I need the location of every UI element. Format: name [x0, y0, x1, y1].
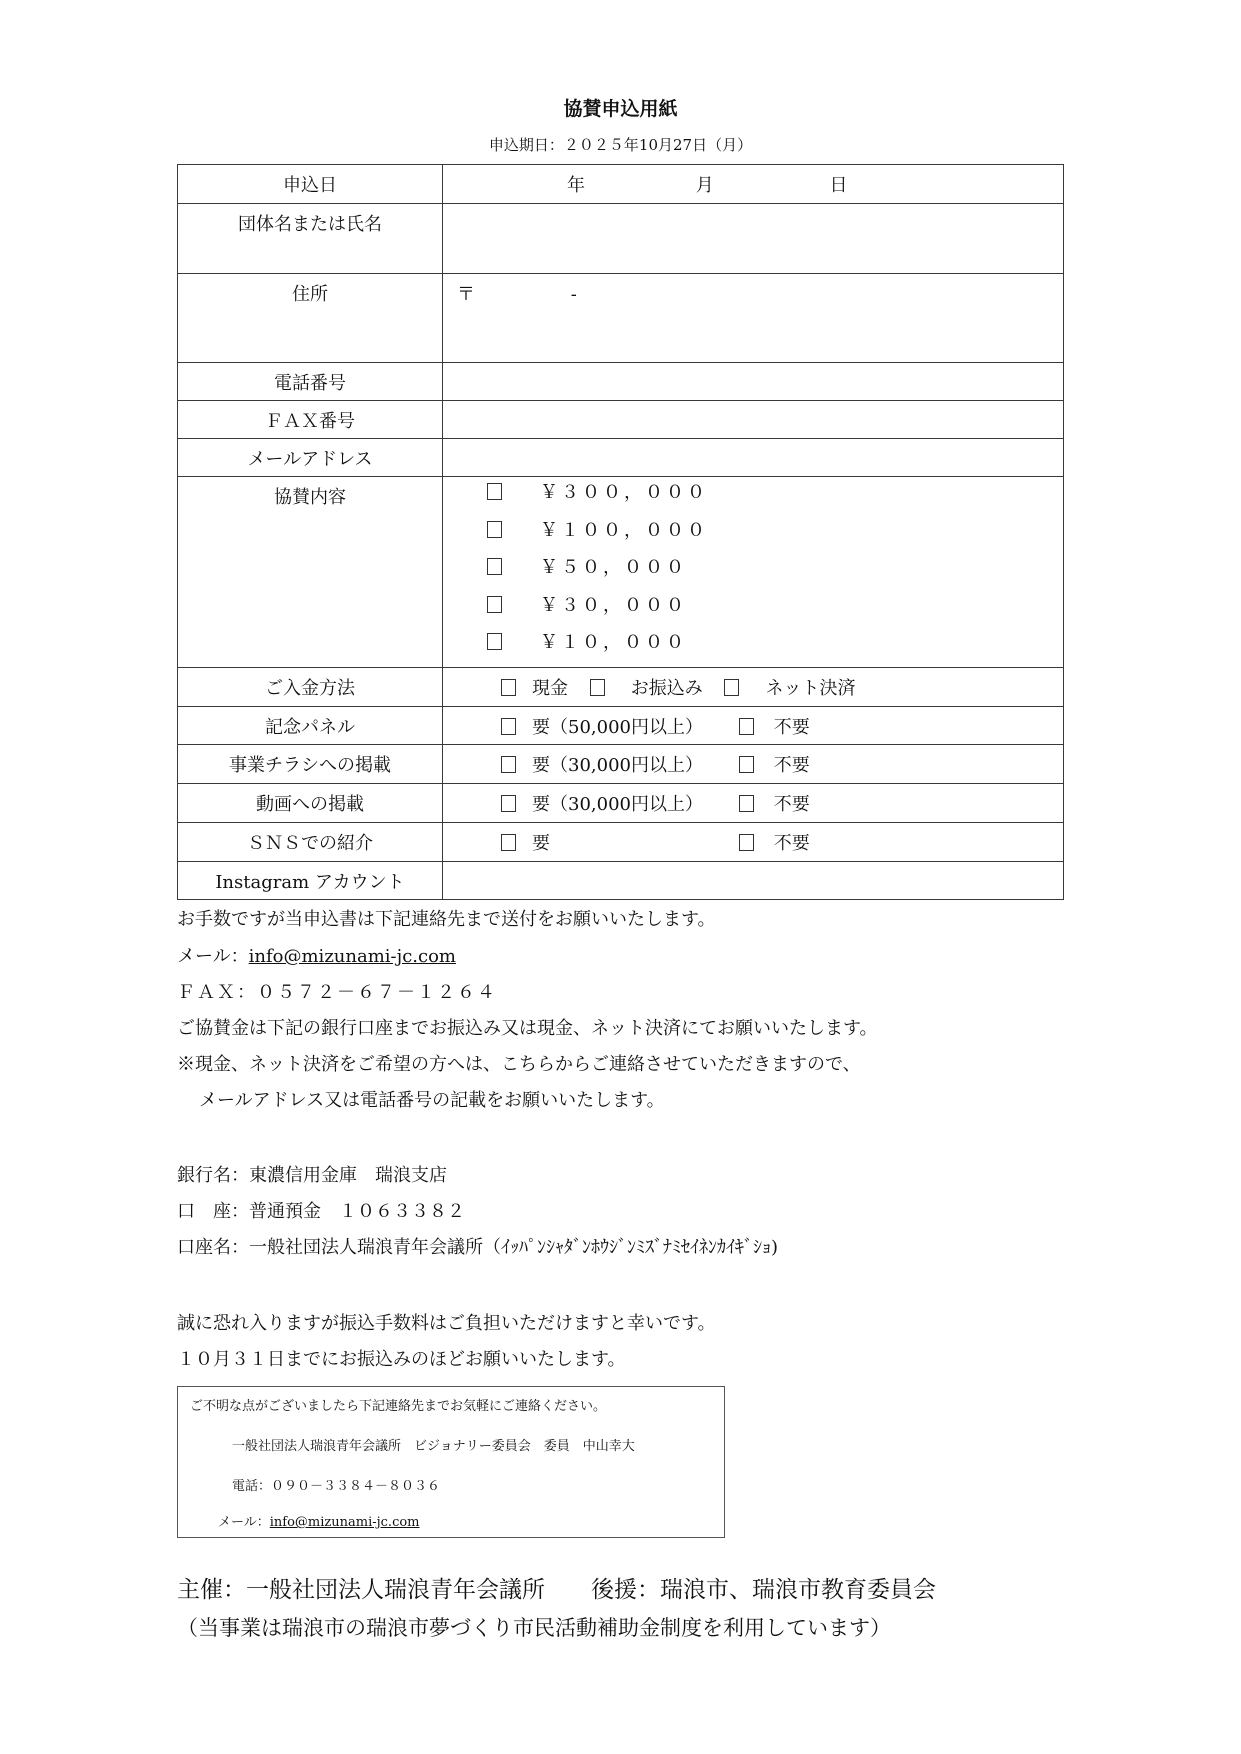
checkbox[interactable] [487, 596, 502, 613]
date-field[interactable]: 年 月 日 [443, 165, 1064, 204]
payment-info: ご協賛金は下記の銀行口座までお振込み又は現金、ネット決済にてお願いいたします。 [177, 1014, 878, 1040]
phone-field[interactable] [443, 363, 1064, 401]
sns-no-option[interactable]: 不要 [739, 829, 810, 855]
video-yes-option[interactable]: 要（30,000円以上） [457, 790, 733, 816]
checkbox[interactable] [739, 718, 754, 735]
sponsorship-option[interactable]: ￥３０，０００ [443, 592, 1063, 630]
postal-mark: 〒 [457, 280, 475, 306]
sns-row: ＳＮＳでの紹介 要 不要 [178, 822, 1064, 861]
subsidy-note: （当事業は瑞浪市の瑞浪市夢づくり市民活動補助金制度を利用しています） [177, 1612, 891, 1642]
name-label: 団体名または氏名 [178, 204, 443, 274]
email-row: メールアドレス [178, 439, 1064, 477]
flyer-label: 事業チラシへの掲載 [178, 744, 443, 783]
panel-yes-option[interactable]: 要（50,000円以上） [457, 713, 733, 739]
video-no-option[interactable]: 不要 [739, 790, 810, 816]
checkbox[interactable] [487, 483, 502, 500]
instagram-label: Instagram アカウント [178, 861, 443, 899]
day-unit: 日 [829, 171, 847, 197]
instagram-field[interactable] [443, 861, 1064, 899]
contact-org: 一般社団法人瑞浪青年会議所 ビジョナリー委員会 委員 中山幸大 [232, 1435, 635, 1454]
checkbox[interactable] [739, 795, 754, 812]
email-link[interactable]: info@mizunami-jc.com [249, 946, 456, 967]
video-options: 要（30,000円以上） 不要 [443, 783, 1064, 822]
payment-row: ご入金方法 現金 お振込み ネット決済 [178, 667, 1064, 706]
contact-box: ご不明な点がございましたら下記連絡先までお気軽にご連絡ください。 一般社団法人瑞… [177, 1386, 725, 1538]
name-field[interactable] [443, 204, 1064, 274]
fax-field[interactable] [443, 401, 1064, 439]
fax-row: ＦＡＸ番号 [178, 401, 1064, 439]
video-row: 動画への掲載 要（30,000円以上） 不要 [178, 783, 1064, 822]
payment-note-line1: ※現金、ネット決済をご希望の方へは、こちらからご連絡させていただきますので、 [177, 1050, 861, 1076]
sponsorship-row: 協賛内容 ￥３００，０００ ￥１００，０００ ￥５０，０００ ￥３０，０００ ￥… [178, 477, 1064, 668]
year-unit: 年 [567, 171, 585, 197]
checkbox[interactable] [724, 679, 739, 696]
payment-option-online[interactable]: ネット決済 [724, 674, 855, 700]
phone-label: 電話番号 [178, 363, 443, 401]
payment-note-line2: メールアドレス又は電話番号の記載をお願いいたします。 [199, 1086, 665, 1112]
sponsorship-option[interactable]: ￥１００，０００ [443, 517, 1063, 555]
checkbox[interactable] [501, 718, 516, 735]
checkbox[interactable] [487, 633, 502, 650]
sns-options: 要 不要 [443, 822, 1064, 861]
checkbox[interactable] [501, 756, 516, 773]
email-field[interactable] [443, 439, 1064, 477]
sponsorship-label: 協賛内容 [178, 477, 443, 668]
checkbox[interactable] [739, 834, 754, 851]
bank-account-name: 口座名：一般社団法人瑞浪青年会議所（ｲｯﾊﾟﾝｼｬﾀﾞﾝﾎｳｼﾞﾝﾐｽﾞﾅﾐｾｲ… [177, 1233, 778, 1259]
sponsorship-option[interactable]: ￥１０，０００ [443, 629, 1063, 667]
flyer-yes-option[interactable]: 要（30,000円以上） [457, 751, 733, 777]
email-contact-label: メール： [177, 946, 249, 967]
date-row: 申込日 年 月 日 [178, 165, 1064, 204]
postal-dash: - [571, 284, 577, 305]
transfer-fee-note: 誠に恐れ入りますが振込手数料はご負担いただけますと幸いです。 [177, 1309, 716, 1335]
organizer-line: 主催：一般社団法人瑞浪青年会議所 後援：瑞浪市、瑞浪市教育委員会 [177, 1571, 936, 1604]
flyer-options: 要（30,000円以上） 不要 [443, 744, 1064, 783]
checkbox[interactable] [501, 834, 516, 851]
checkbox[interactable] [739, 756, 754, 773]
contact-intro: ご不明な点がございましたら下記連絡先までお気軽にご連絡ください。 [190, 1395, 606, 1414]
application-form-table: 申込日 年 月 日 団体名または氏名 住所 〒 - 電話番号 ＦＡＸ番号 メール… [177, 164, 1064, 900]
email-label: メールアドレス [178, 439, 443, 477]
contact-email: メール：info@mizunami-jc.com [218, 1511, 420, 1530]
instagram-row: Instagram アカウント [178, 861, 1064, 899]
fax-contact: ＦＡＸ：０５７２－６７－１２６４ [177, 978, 497, 1004]
flyer-no-option[interactable]: 不要 [739, 751, 810, 777]
month-unit: 月 [696, 171, 714, 197]
sponsorship-option[interactable]: ￥５０，０００ [443, 554, 1063, 592]
video-label: 動画への掲載 [178, 783, 443, 822]
checkbox[interactable] [501, 679, 516, 696]
contact-email-link[interactable]: info@mizunami-jc.com [270, 1515, 420, 1530]
payment-options: 現金 お振込み ネット決済 [443, 667, 1064, 706]
send-instruction: お手数ですが当申込書は下記連絡先まで送付をお願いいたします。 [177, 905, 716, 931]
panel-no-option[interactable]: 不要 [739, 713, 810, 739]
name-row: 団体名または氏名 [178, 204, 1064, 274]
sns-yes-option[interactable]: 要 [457, 829, 733, 855]
contact-phone: 電話：０９０－３３８４－８０３６ [232, 1475, 440, 1494]
panel-label: 記念パネル [178, 706, 443, 744]
bank-name: 銀行名：東濃信用金庫 瑞浪支店 [177, 1161, 447, 1187]
panel-options: 要（50,000円以上） 不要 [443, 706, 1064, 744]
flyer-row: 事業チラシへの掲載 要（30,000円以上） 不要 [178, 744, 1064, 783]
application-deadline: 申込期日：２０２５年10月27日（月） [0, 134, 1241, 155]
panel-row: 記念パネル 要（50,000円以上） 不要 [178, 706, 1064, 744]
bank-account: 口 座：普通預金 １０６３３８２ [177, 1197, 465, 1223]
checkbox[interactable] [590, 679, 605, 696]
checkbox[interactable] [487, 521, 502, 538]
address-label: 住所 [178, 274, 443, 363]
contact-email-label: メール： [218, 1515, 270, 1530]
sns-label: ＳＮＳでの紹介 [178, 822, 443, 861]
transfer-deadline-note: １０月３１日までにお振込みのほどお願いいたします。 [177, 1345, 626, 1371]
date-label: 申込日 [178, 165, 443, 204]
address-field[interactable]: 〒 - [443, 274, 1064, 363]
checkbox[interactable] [501, 795, 516, 812]
sponsorship-option[interactable]: ￥３００，０００ [443, 479, 1063, 517]
payment-option-cash[interactable]: 現金 [457, 674, 568, 700]
payment-option-transfer[interactable]: お振込み [590, 674, 703, 700]
checkbox[interactable] [487, 558, 502, 575]
page-title: 協賛申込用紙 [0, 94, 1241, 121]
payment-label: ご入金方法 [178, 667, 443, 706]
fax-label: ＦＡＸ番号 [178, 401, 443, 439]
email-contact: メール：info@mizunami-jc.com [177, 942, 456, 968]
address-row: 住所 〒 - [178, 274, 1064, 363]
phone-row: 電話番号 [178, 363, 1064, 401]
sponsorship-options: ￥３００，０００ ￥１００，０００ ￥５０，０００ ￥３０，０００ ￥１０，００… [443, 477, 1064, 668]
